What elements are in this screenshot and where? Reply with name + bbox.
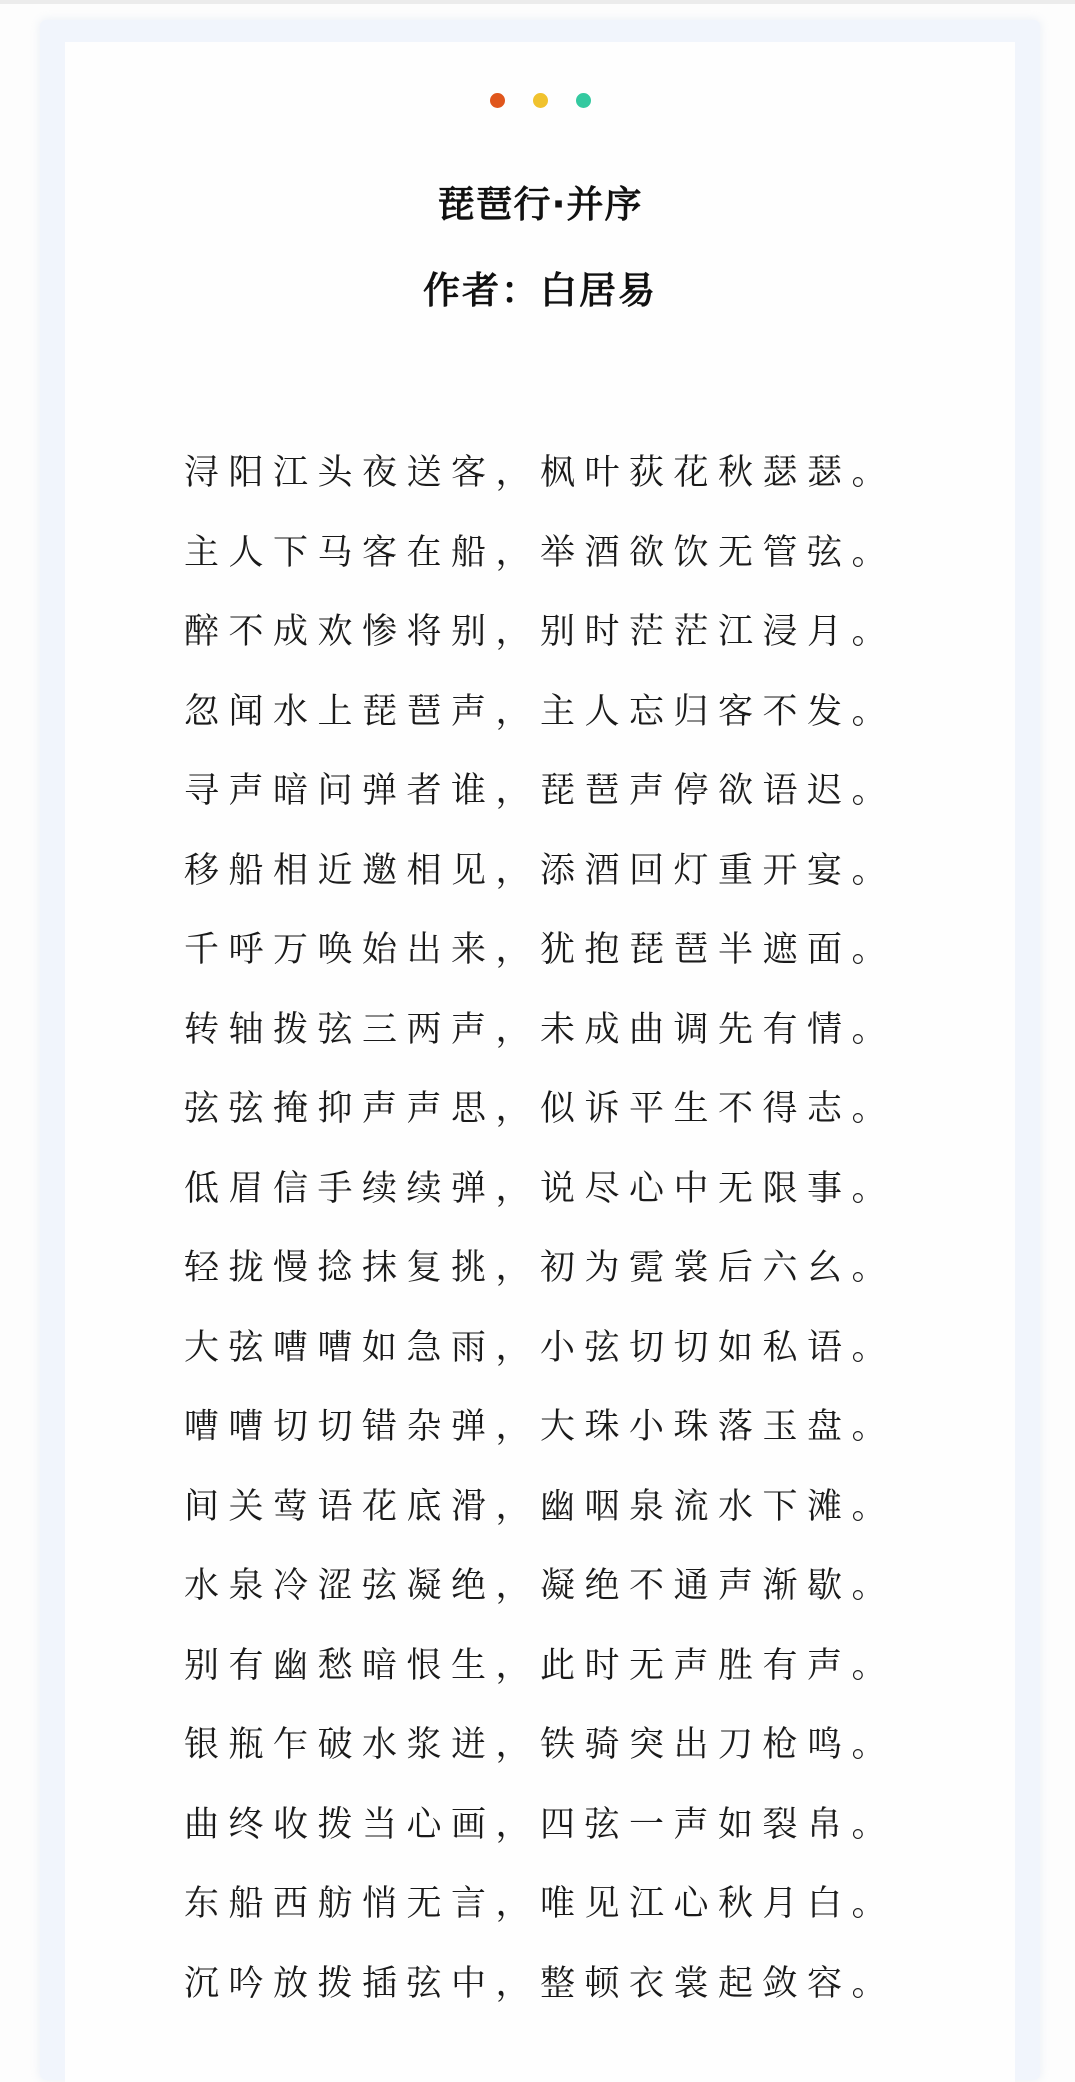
poem-line: 移船相近邀相见，添酒回灯重开宴。 (65, 832, 1015, 912)
poem-line: 忽闻水上琵琶声，主人忘归客不发。 (65, 673, 1015, 753)
poem-title: 琵琶行·并序 (65, 182, 1015, 228)
yellow-dot-icon (533, 93, 548, 108)
poem-line: 嘈嘈切切错杂弹，大珠小珠落玉盘。 (65, 1388, 1015, 1468)
poem-line: 主人下马客在船，举酒欲饮无管弦。 (65, 514, 1015, 594)
poem-line: 醉不成欢惨将别，别时茫茫江浸月。 (65, 593, 1015, 673)
poem-body: 浔阳江头夜送客，枫叶荻花秋瑟瑟。 主人下马客在船，举酒欲饮无管弦。 醉不成欢惨将… (65, 434, 1015, 2024)
poem-line: 转轴拨弦三两声，未成曲调先有情。 (65, 991, 1015, 1071)
poem-line: 水泉冷涩弦凝绝，凝绝不通声渐歇。 (65, 1547, 1015, 1627)
green-dot-icon (576, 93, 591, 108)
poem-line: 千呼万唤始出来，犹抱琵琶半遮面。 (65, 911, 1015, 991)
poem-line: 沉吟放拨插弦中，整顿衣裳起敛容。 (65, 1945, 1015, 2025)
poem-line: 浔阳江头夜送客，枫叶荻花秋瑟瑟。 (65, 434, 1015, 514)
poem-author: 作者：白居易 (65, 268, 1015, 314)
window-dots (65, 93, 1015, 108)
poem-line: 寻声暗问弹者谁，琵琶声停欲语迟。 (65, 752, 1015, 832)
top-edge-bar (0, 0, 1075, 4)
poem-line: 轻拢慢捻抹复挑，初为霓裳后六幺。 (65, 1229, 1015, 1309)
poem-line: 低眉信手续续弹，说尽心中无限事。 (65, 1150, 1015, 1230)
poem-card: 琵琶行·并序 作者：白居易 浔阳江头夜送客，枫叶荻花秋瑟瑟。 主人下马客在船，举… (65, 42, 1015, 2048)
poem-line: 弦弦掩抑声声思，似诉平生不得志。 (65, 1070, 1015, 1150)
red-dot-icon (490, 93, 505, 108)
poem-line: 间关莺语花底滑，幽咽泉流水下滩。 (65, 1468, 1015, 1548)
poem-line: 曲终收拨当心画，四弦一声如裂帛。 (65, 1786, 1015, 1866)
poem-line: 银瓶乍破水浆迸，铁骑突出刀枪鸣。 (65, 1706, 1015, 1786)
card-frame: 琵琶行·并序 作者：白居易 浔阳江头夜送客，枫叶荻花秋瑟瑟。 主人下马客在船，举… (40, 20, 1040, 2048)
poem-line: 东船西舫悄无言，唯见江心秋月白。 (65, 1865, 1015, 1945)
poem-line: 大弦嘈嘈如急雨，小弦切切如私语。 (65, 1309, 1015, 1389)
poem-line: 别有幽愁暗恨生，此时无声胜有声。 (65, 1627, 1015, 1707)
